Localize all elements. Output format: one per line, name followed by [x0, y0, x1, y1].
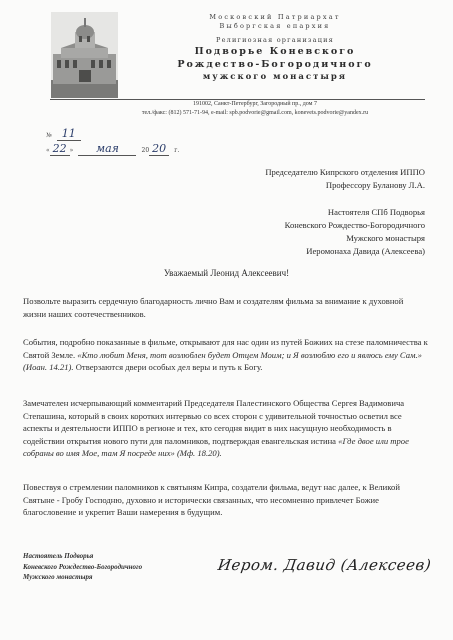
- paragraph-4: Повествуя о стремлении паломников к свят…: [23, 481, 428, 519]
- recipient-line: Профессору Буланову Л.А.: [265, 179, 425, 192]
- signature-title-line: Мужского монастыря: [23, 572, 142, 583]
- outgoing-date: «22» мая 2020 г.: [46, 137, 179, 156]
- sender-line: Иеромонаха Давида (Алексеева): [285, 245, 425, 258]
- org-type: Религиозная организация: [150, 36, 400, 44]
- signature-title-block: Настоятель Подворья Коневского Рождество…: [23, 551, 142, 583]
- monastery-building-photo: [51, 12, 118, 98]
- paragraph-2-text-end: Отверзаются двери особых дел веры и путь…: [74, 362, 263, 372]
- date-year: 20: [149, 142, 169, 156]
- contacts: тел./факс: (812) 571-71-94, e-mail: spb.…: [90, 110, 420, 116]
- recipient-block: Председателю Кипрского отделения ИППО Пр…: [265, 166, 425, 192]
- date-month: мая: [78, 142, 136, 156]
- year-prefix: 20: [142, 147, 150, 154]
- sender-line: Коневского Рождество-Богородичного: [285, 219, 425, 232]
- paragraph-2: События, подробно показанные в фильме, о…: [23, 336, 428, 374]
- address: 191002, Санкт-Петербург, Загородный пр.,…: [90, 101, 420, 107]
- signature-title-line: Коневского Рождество-Богородичного: [23, 562, 142, 573]
- sender-block: Настоятеля СПб Подворья Коневского Рожде…: [285, 206, 425, 258]
- signature-title-line: Настоятель Подворья: [23, 551, 142, 562]
- quote-close: »: [70, 147, 74, 154]
- recipient-line: Председателю Кипрского отделения ИППО: [265, 166, 425, 179]
- greeting: Уважаемый Леонид Алексеевич!: [0, 268, 453, 278]
- org-name-line1: Подворье Коневского: [150, 46, 400, 57]
- paragraph-1: Позвольте выразить сердечную благодарнос…: [23, 295, 428, 320]
- sender-line: Мужского монастыря: [285, 232, 425, 245]
- org-name-line3: мужского монастыря: [150, 72, 400, 82]
- eparchy-line: Выборгская епархия: [150, 22, 400, 30]
- church-building-icon: [51, 12, 118, 98]
- org-name-line2: Рождество-Богородичного: [150, 59, 400, 70]
- patriarchate-line: Московский Патриархат: [150, 13, 400, 21]
- sender-line: Настоятеля СПб Подворья: [285, 206, 425, 219]
- letterhead-divider: [50, 99, 425, 100]
- handwritten-signature: Иером. Давид (Алексеев): [217, 556, 433, 574]
- year-suffix: г.: [174, 147, 179, 154]
- paragraph-3: Замечателен исчерпывающий комментарий Пр…: [23, 397, 428, 460]
- date-day: 22: [50, 142, 70, 156]
